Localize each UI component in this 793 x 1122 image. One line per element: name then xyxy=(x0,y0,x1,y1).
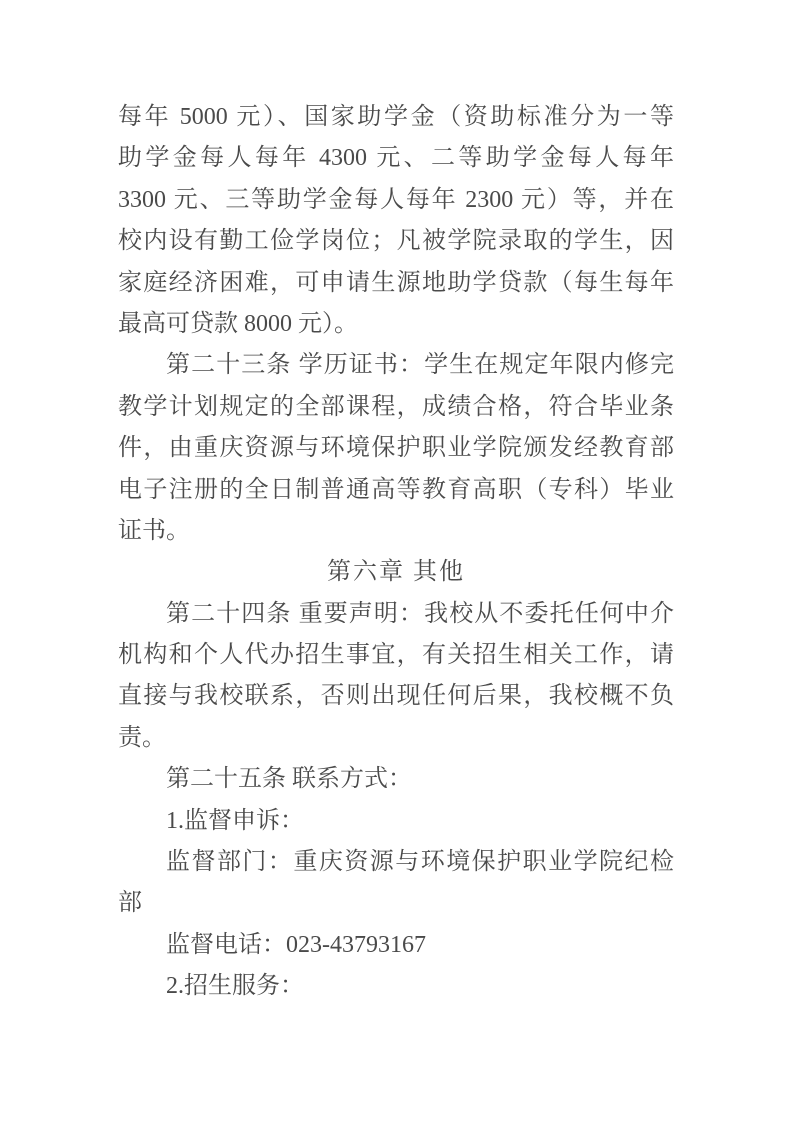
text-line: 证书。 xyxy=(118,511,674,552)
text-line: 每年 5000 元）、国家助学金（资助标准分为一等 xyxy=(118,97,674,138)
text-line: 2.招生服务： xyxy=(118,966,674,1007)
text-line: 教学计划规定的全部课程，成绩合格，符合毕业条 xyxy=(118,387,674,428)
chapter-heading: 第六章 其他 xyxy=(118,552,674,593)
text-line: 助学金每人每年 4300 元、二等助学金每人每年 xyxy=(118,138,674,179)
text-line: 部 xyxy=(118,883,674,924)
text-line: 直接与我校联系，否则出现任何后果，我校概不负 xyxy=(118,676,674,717)
text-line: 第二十四条 重要声明：我校从不委托任何中介 xyxy=(118,594,674,635)
text-line: 第二十五条 联系方式： xyxy=(118,759,674,800)
text-line: 校内设有勤工俭学岗位；凡被学院录取的学生，因 xyxy=(118,221,674,262)
text-line: 第二十三条 学历证书：学生在规定年限内修完 xyxy=(118,345,674,386)
text-line: 最高可贷款 8000 元）。 xyxy=(118,304,674,345)
text-line: 3300 元、三等助学金每人每年 2300 元）等，并在 xyxy=(118,180,674,221)
text-line: 1.监督申诉： xyxy=(118,801,674,842)
text-line: 监督电话：023-43793167 xyxy=(118,925,674,966)
text-line: 电子注册的全日制普通高等教育高职（专科）毕业 xyxy=(118,470,674,511)
text-line: 监督部门：重庆资源与环境保护职业学院纪检 xyxy=(118,842,674,883)
document-page: 每年 5000 元）、国家助学金（资助标准分为一等助学金每人每年 4300 元、… xyxy=(0,0,793,1122)
text-line: 件，由重庆资源与环境保护职业学院颁发经教育部 xyxy=(118,428,674,469)
document-body: 每年 5000 元）、国家助学金（资助标准分为一等助学金每人每年 4300 元、… xyxy=(118,97,674,1008)
text-line: 家庭经济困难，可申请生源地助学贷款（每生每年 xyxy=(118,263,674,304)
text-line: 责。 xyxy=(118,718,674,759)
text-line: 机构和个人代办招生事宜，有关招生相关工作，请 xyxy=(118,635,674,676)
